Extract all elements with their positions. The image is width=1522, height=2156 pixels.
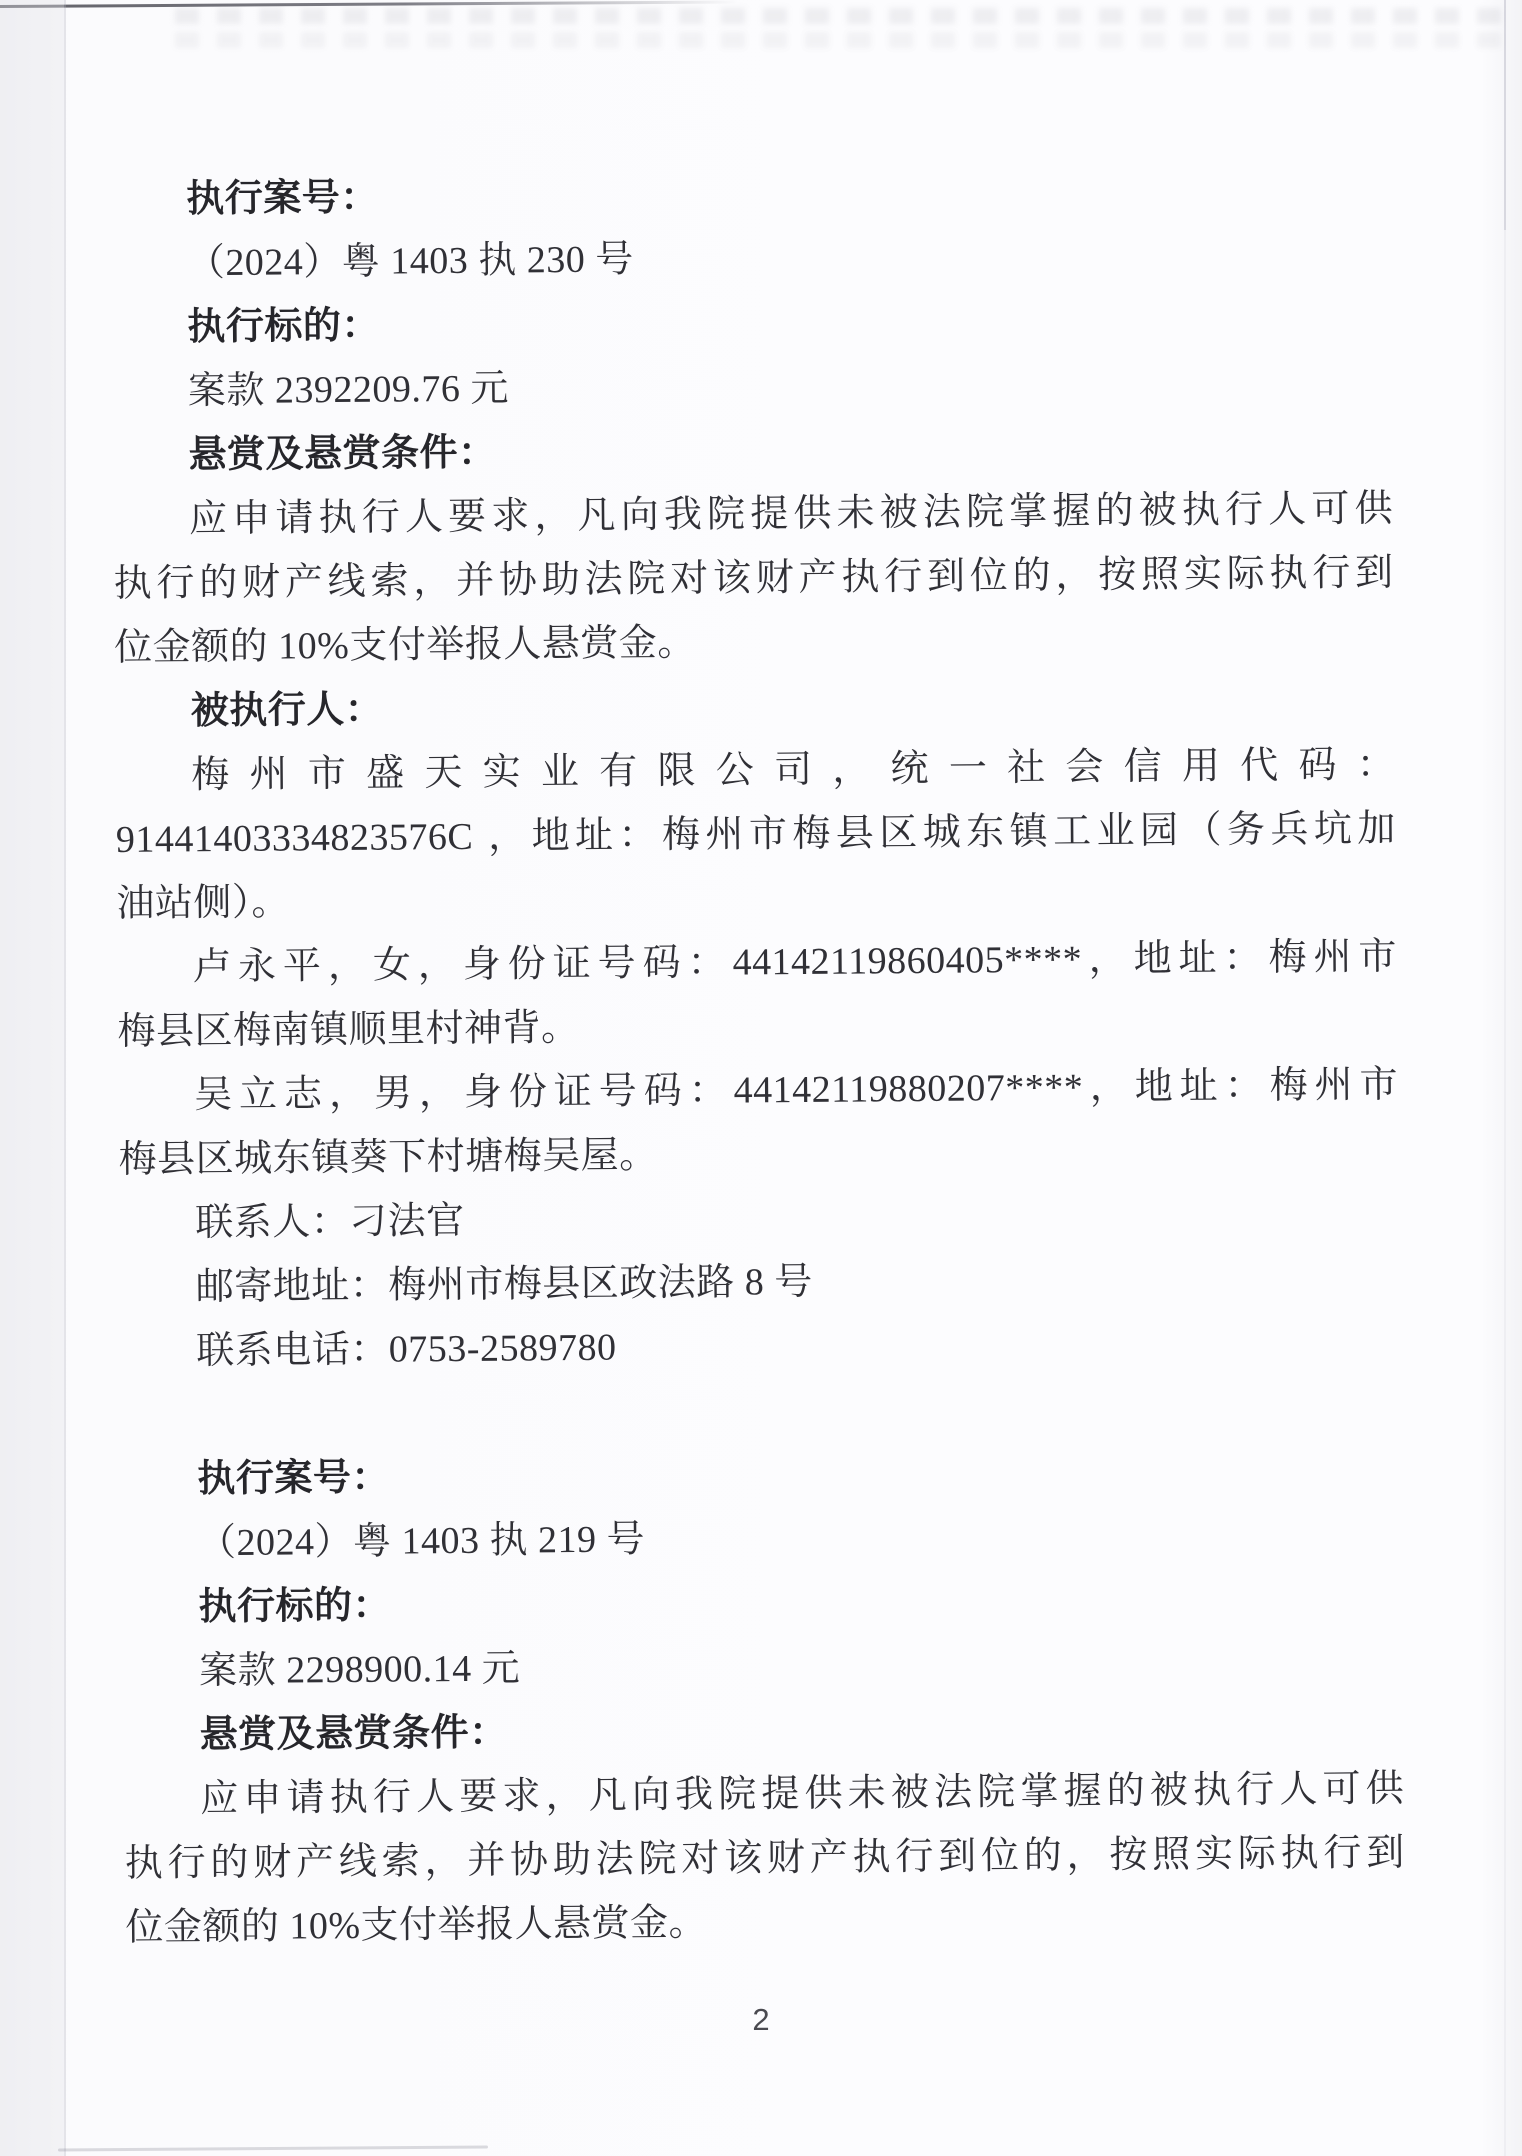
scan-artifact-bottom-mark	[58, 2145, 488, 2151]
reward-text-line: 应申请执行人要求，凡向我院提供未被法院掌握的被执行人可供	[124, 1757, 1405, 1832]
scan-artifact-left-fold-line	[64, 0, 66, 2156]
respondent-company-address-line: 油站侧）。	[116, 861, 1397, 936]
exec-target-value: 案款 2392209.76 元	[112, 349, 1393, 424]
scan-artifact-left-margin-strip	[0, 0, 64, 2156]
reward-text-line: 应申请执行人要求，凡向我院提供未被法院掌握的被执行人可供	[113, 477, 1394, 552]
contact-phone-line: 联系电话：0753-2589780	[120, 1309, 1401, 1384]
exec-target-value: 案款 2298900.14 元	[123, 1629, 1404, 1704]
scan-artifact-bleedthrough-row	[175, 8, 1505, 24]
respondent-person-line: 吴立志，男，身份证号码：44142119880207****，地址：梅州市	[118, 1053, 1399, 1128]
scan-artifact-right-edge-line	[1504, 0, 1506, 2156]
respondent-person-line: 梅县区城东镇葵下村塘梅吴屋。	[118, 1117, 1399, 1192]
scan-artifact-top-edge-line	[0, 0, 738, 8]
scanned-document-page: 执行案号： （2024）粤 1403 执 230 号 执行标的： 案款 2392…	[0, 0, 1522, 2156]
reward-text-line: 位金额的 10%支付举报人悬赏金。	[114, 605, 1395, 680]
exec-case-no-label: 执行案号：	[121, 1437, 1402, 1512]
respondent-company-line: 梅州市盛天实业有限公司，统一社会信用代码：	[115, 733, 1396, 808]
exec-target-label: 执行标的：	[111, 285, 1392, 360]
document-body: 执行案号： （2024）粤 1403 执 230 号 执行标的： 案款 2392…	[110, 157, 1406, 1960]
respondent-person-line: 卢永平，女，身份证号码：44142119860405****，地址：梅州市	[117, 925, 1398, 1000]
reward-conditions-label: 悬赏及悬赏条件：	[112, 413, 1393, 488]
respondent-label: 被执行人：	[114, 669, 1395, 744]
respondent-person-line: 梅县区梅南镇顺里村神背。	[117, 989, 1398, 1064]
reward-text-line: 位金额的 10%支付举报人悬赏金。	[125, 1885, 1406, 1960]
contact-person-line: 联系人：刁法官	[119, 1181, 1400, 1256]
respondent-company-address-line: 91441403334823576C ，地址：梅州市梅县区城东镇工业园（务兵坑加	[116, 797, 1397, 872]
scan-artifact-bleedthrough-row	[175, 32, 1505, 48]
exec-case-no-value: （2024）粤 1403 执 230 号	[111, 221, 1392, 296]
reward-conditions-label: 悬赏及悬赏条件：	[123, 1693, 1404, 1768]
exec-case-no-value: （2024）粤 1403 执 219 号	[122, 1501, 1403, 1576]
reward-text-line: 执行的财产线索，并协助法院对该财产执行到位的，按照实际执行到	[113, 541, 1394, 616]
mailing-address-line: 邮寄地址：梅州市梅县区政法路 8 号	[119, 1245, 1400, 1320]
exec-case-no-label: 执行案号：	[110, 157, 1391, 232]
blank-line	[121, 1373, 1402, 1448]
exec-target-label: 执行标的：	[122, 1565, 1403, 1640]
reward-text-line: 执行的财产线索，并协助法院对该财产执行到位的，按照实际执行到	[125, 1821, 1406, 1896]
page-number: 2	[0, 2002, 1522, 2038]
